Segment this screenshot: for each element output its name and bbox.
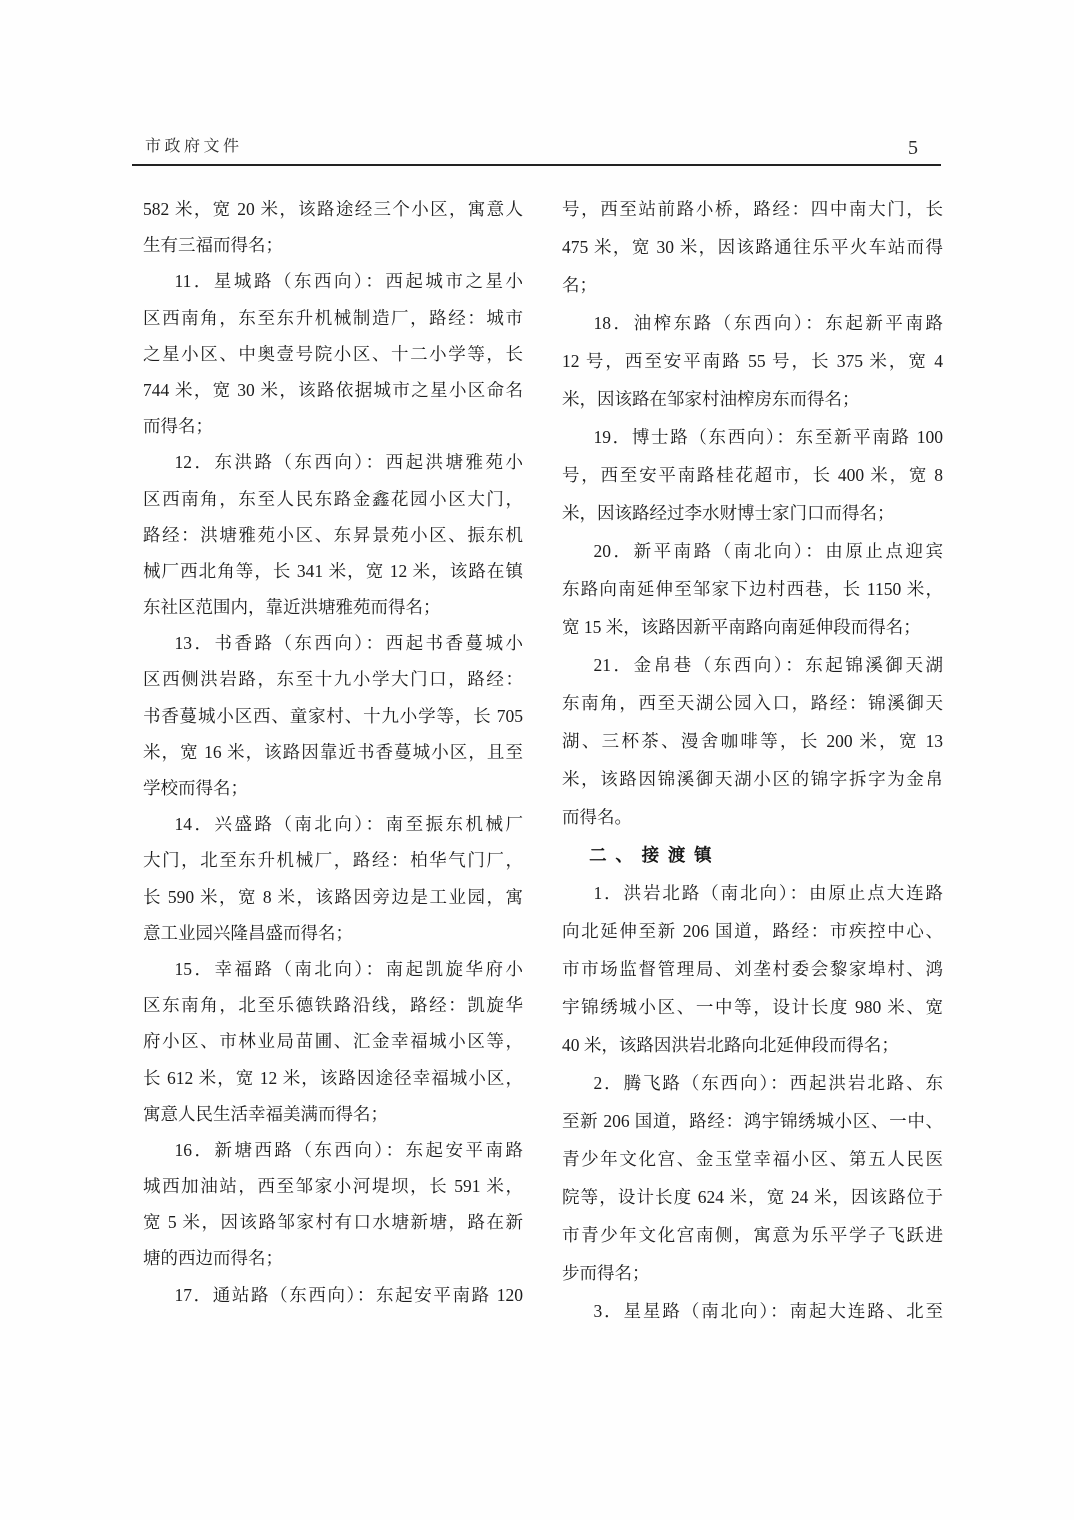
text-line: 长 590 米，宽 8 米，该路因旁边是工业园，寓 — [143, 879, 523, 915]
text-line: 475 米，宽 30 米，因该路通往乐平火车站而得 — [562, 228, 943, 266]
text-line: 塘的西边而得名； — [143, 1240, 523, 1276]
text-line: 17．通站路（东西向）：东起安平南路 120 — [143, 1277, 523, 1313]
text-line: 米，因该路在邹家村油榨房东而得名； — [562, 380, 943, 418]
text-line: 3．星星路（南北向）：南起大连路、北至 — [562, 1292, 943, 1330]
text-line: 14．兴盛路（南北向）：南至振东机械厂 — [143, 806, 523, 842]
text-line: 意工业园兴隆昌盛而得名； — [143, 915, 523, 951]
text-line: 东路向南延伸至邹家下边村西巷，长 1150 米， — [562, 570, 943, 608]
text-line: 号，西至安平南路桂花超市，长 400 米，宽 8 — [562, 456, 943, 494]
text-line: 区东南角，北至乐德铁路沿线，路经：凯旋华 — [143, 987, 523, 1023]
text-line: 15．幸福路（南北向）：南起凯旋华府小 — [143, 951, 523, 987]
text-line: 16．新塘西路（东西向）：东起安平南路 — [143, 1132, 523, 1168]
text-line: 市市场监督管理局、刘垄村委会黎家埠村、鸿 — [562, 950, 943, 988]
text-line: 而得名； — [143, 408, 523, 444]
text-line: 城西加油站，西至邹家小河堤坝，长 591 米， — [143, 1168, 523, 1204]
text-line: 13．书香路（东西向）：西起书香蔓城小 — [143, 625, 523, 661]
text-line: 府小区、市林业局苗圃、汇金幸福城小区等， — [143, 1023, 523, 1059]
text-line: 区西南角，东至人民东路金鑫花园小区大门， — [143, 481, 523, 517]
text-line: 宇锦绣城小区、一中等，设计长度 980 米、宽 — [562, 988, 943, 1026]
text-line: 12 号，西至安平南路 55 号，长 375 米，宽 4 — [562, 342, 943, 380]
text-line: 40 米，该路因洪岩北路向北延伸段而得名； — [562, 1026, 943, 1064]
text-line: 区西侧洪岩路，东至十九小学大门口，路经： — [143, 661, 523, 697]
text-line: 长 612 米，宽 12 米，该路因途径幸福城小区， — [143, 1060, 523, 1096]
text-line: 宽 5 米，因该路邹家村有口水塘新塘，路在新 — [143, 1204, 523, 1240]
section-heading: 二、接渡镇 — [562, 836, 943, 874]
text-line: 宽 15 米，该路因新平南路向南延伸段而得名； — [562, 608, 943, 646]
text-line: 名； — [562, 266, 943, 304]
header-title: 市政府文件 — [145, 133, 243, 156]
text-line: 书香蔓城小区西、童家村、十九小学等，长 705 — [143, 698, 523, 734]
header-rule — [132, 164, 941, 166]
text-line: 582 米，宽 20 米，该路途经三个小区，寓意人 — [143, 191, 523, 227]
text-line: 米，因该路经过李水财博士家门口而得名； — [562, 494, 943, 532]
text-column-right: 号，西至站前路小桥，路经：四中南大门，长475 米，宽 30 米，因该路通往乐平… — [562, 190, 943, 1330]
text-line: 之星小区、中奥壹号院小区、十二小学等，长 — [143, 336, 523, 372]
text-line: 东社区范围内，靠近洪塘雅苑而得名； — [143, 589, 523, 625]
text-line: 11．星城路（东西向）：西起城市之星小 — [143, 263, 523, 299]
text-line: 路经：洪塘雅苑小区、东昇景苑小区、振东机 — [143, 517, 523, 553]
text-line: 19．博士路（东西向）：东至新平南路 100 — [562, 418, 943, 456]
text-line: 市青少年文化宫南侧，寓意为乐平学子飞跃进 — [562, 1216, 943, 1254]
text-line: 向北延伸至新 206 国道，路经：市疾控中心、 — [562, 912, 943, 950]
text-line: 大门，北至东升机械厂，路经：柏华气门厂， — [143, 842, 523, 878]
text-line: 1．洪岩北路（南北向）：由原止点大连路 — [562, 874, 943, 912]
text-line: 械厂西北角等，长 341 米，宽 12 米，该路在镇 — [143, 553, 523, 589]
text-line: 号，西至站前路小桥，路经：四中南大门，长 — [562, 190, 943, 228]
text-line: 而得名。 — [562, 798, 943, 836]
text-line: 米，宽 16 米，该路因靠近书香蔓城小区，且至 — [143, 734, 523, 770]
page-number: 5 — [908, 137, 918, 160]
text-line: 青少年文化宫、金玉堂幸福小区、第五人民医 — [562, 1140, 943, 1178]
text-line: 至新 206 国道，路经：鸿宇锦绣城小区、一中、 — [562, 1102, 943, 1140]
text-line: 东南角，西至天湖公园入口，路经：锦溪御天 — [562, 684, 943, 722]
text-line: 湖、三杯茶、漫舍咖啡等，长 200 米，宽 13 — [562, 722, 943, 760]
text-line: 区西南角，东至东升机械制造厂，路经：城市 — [143, 300, 523, 336]
text-line: 21．金帛巷（东西向）：东起锦溪御天湖 — [562, 646, 943, 684]
text-line: 18．油榨东路（东西向）：东起新平南路 — [562, 304, 943, 342]
text-line: 寓意人民生活幸福美满而得名； — [143, 1096, 523, 1132]
text-line: 20．新平南路（南北向）：由原止点迎宾 — [562, 532, 943, 570]
text-line: 生有三福而得名； — [143, 227, 523, 263]
text-line: 米，该路因锦溪御天湖小区的锦字拆字为金帛 — [562, 760, 943, 798]
text-line: 院等，设计长度 624 米，宽 24 米，因该路位于 — [562, 1178, 943, 1216]
text-column-left: 582 米，宽 20 米，该路途经三个小区，寓意人生有三福而得名；11．星城路（… — [143, 191, 523, 1313]
text-line: 744 米，宽 30 米，该路依据城市之星小区命名 — [143, 372, 523, 408]
text-line: 12．东洪路（东西向）：西起洪塘雅苑小 — [143, 444, 523, 480]
text-line: 学校而得名； — [143, 770, 523, 806]
document-page: 市政府文件 5 582 米，宽 20 米，该路途经三个小区，寓意人生有三福而得名… — [0, 0, 1074, 1520]
text-line: 步而得名； — [562, 1254, 943, 1292]
text-line: 2．腾飞路（东西向）：西起洪岩北路、东 — [562, 1064, 943, 1102]
